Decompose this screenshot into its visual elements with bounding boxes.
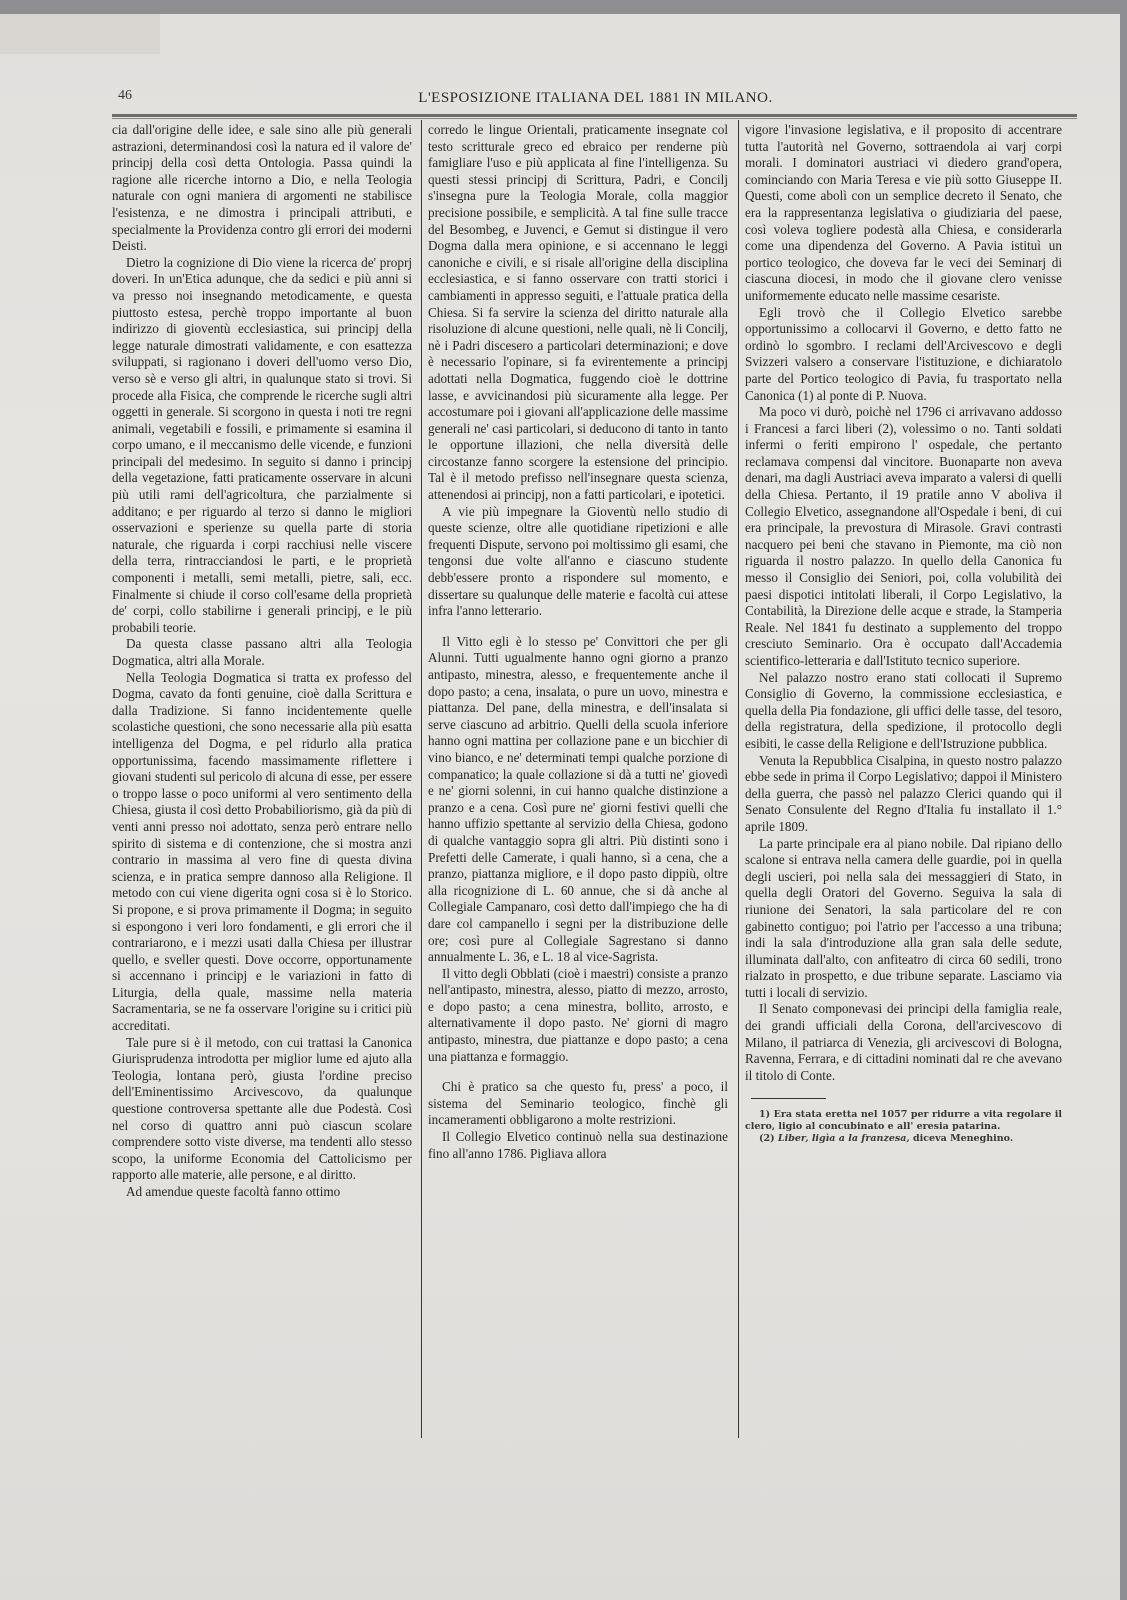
footnote-2-suffix: diceva Meneghino. — [910, 1133, 1013, 1144]
paragraph: Egli trovò che il Collegio Elvetico sare… — [745, 305, 1062, 405]
paragraph: Il Collegio Elvetico continuò nella sua … — [428, 1129, 728, 1162]
newspaper-page: 46 L'ESPOSIZIONE ITALIANA DEL 1881 IN MI… — [0, 14, 1120, 1600]
paragraph: Chi è pratico sa che questo fu, press' a… — [428, 1079, 728, 1129]
paragraph: Nel palazzo nostro erano stati collocati… — [745, 670, 1062, 753]
running-title: L'ESPOSIZIONE ITALIANA DEL 1881 IN MILAN… — [118, 90, 1073, 107]
paragraph: Venuta la Repubblica Cisalpina, in quest… — [745, 753, 1062, 836]
footnote-1: 1) Era stata eretta nel 1057 per ridurre… — [745, 1109, 1062, 1133]
page-header: 46 L'ESPOSIZIONE ITALIANA DEL 1881 IN MI… — [118, 88, 1073, 112]
paragraph: Il Vitto egli è lo stesso pe' Convittori… — [428, 634, 728, 966]
footnote-2: (2) Liber, ligìa a la franzesa, diceva M… — [745, 1133, 1062, 1145]
column-divider — [421, 120, 422, 1438]
column-1: cia dall'origine delle idee, e sale sino… — [112, 122, 412, 1201]
paragraph: Ma poco vi durò, poichè nel 1796 ci arri… — [745, 404, 1062, 670]
paragraph: Dietro la cognizione di Dio viene la ric… — [112, 255, 412, 637]
paragraph: La parte principale era al piano nobile.… — [745, 836, 1062, 1002]
paragraph: Ad amendue queste facoltà fanno ottimo — [112, 1184, 412, 1201]
paragraph: Il Senato componevasi dei principi della… — [745, 1001, 1062, 1084]
footnote-2-quote: Liber, ligìa a la franzesa, — [778, 1133, 910, 1144]
column-3: vigore l'invasione legislativa, e il pro… — [745, 122, 1062, 1145]
paragraph: Tale pure si è il metodo, con cui tratta… — [112, 1035, 412, 1184]
column-divider — [738, 120, 739, 1438]
column-2: corredo le lingue Orientali, praticament… — [428, 122, 728, 1162]
paragraph: cia dall'origine delle idee, e sale sino… — [112, 122, 412, 255]
paragraph: corredo le lingue Orientali, praticament… — [428, 122, 728, 504]
footnote-2-prefix: (2) — [759, 1133, 778, 1144]
paragraph: Nella Teologia Dogmatica si tratta ex pr… — [112, 670, 412, 1035]
footnote-rule — [751, 1098, 826, 1099]
paragraph: vigore l'invasione legislativa, e il pro… — [745, 122, 1062, 305]
header-rule — [112, 114, 1077, 117]
paragraph: A vie più impegnare la Gioventù nello st… — [428, 504, 728, 620]
paragraph: Il vitto degli Obblati (cioè i maestri) … — [428, 966, 728, 1066]
paragraph: Da questa classe passano altri alla Teol… — [112, 636, 412, 669]
header-rule-thin — [112, 118, 1077, 119]
